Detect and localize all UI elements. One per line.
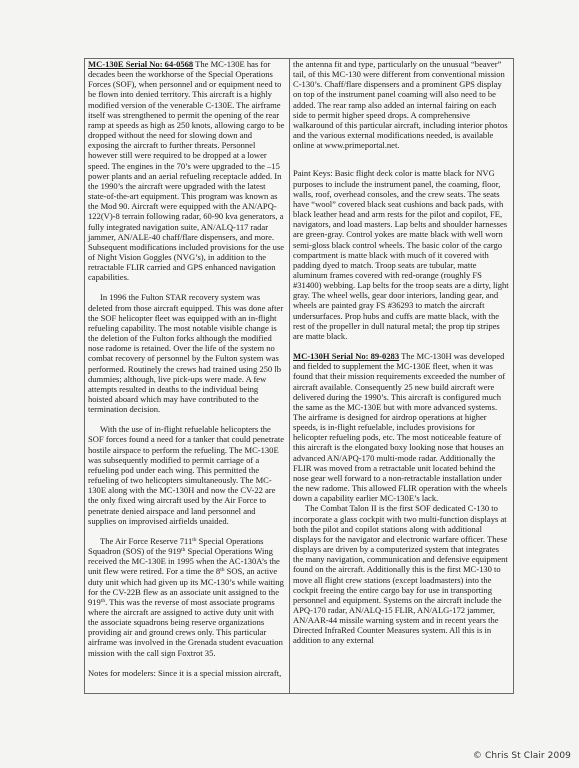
right-column: the antenna fit and type, particularly o… bbox=[290, 59, 513, 693]
modeler-notes-continued: the antenna fit and type, particularly o… bbox=[293, 59, 509, 150]
modeler-notes-paragraph: Notes for modelers: Since it is a specia… bbox=[88, 668, 285, 678]
mc130h-paragraph-intro: MC-130H Serial No: 89-0283 The MC-130H w… bbox=[293, 351, 509, 503]
reserve-text-e: . This was the reverse of most associate… bbox=[88, 597, 283, 658]
tanker-paragraph: With the use of in-flight refuelable hel… bbox=[88, 424, 285, 526]
combat-talon-paragraph: The Combat Talon II is the first SOF ded… bbox=[293, 503, 509, 645]
document-page: MC-130E Serial No: 64-0568 The MC-130E h… bbox=[84, 58, 514, 694]
mc130e-heading: MC-130E Serial No: 64-0568 bbox=[88, 59, 193, 69]
copyright-watermark: © Chris St Clair 2009 bbox=[473, 751, 571, 761]
mc130h-intro-text: The MC-130H was developed and fielded to… bbox=[293, 351, 507, 503]
reserve-text-a: The Air Force Reserve 711 bbox=[100, 536, 192, 546]
reserve-unit-paragraph: The Air Force Reserve 711th Special Oper… bbox=[88, 536, 285, 658]
mc130h-heading: MC-130H Serial No: 89-0283 bbox=[293, 351, 399, 361]
left-column: MC-130E Serial No: 64-0568 The MC-130E h… bbox=[85, 59, 290, 693]
paint-keys-paragraph: Paint Keys: Basic flight deck color is m… bbox=[293, 168, 509, 341]
mc130e-intro-text: The MC-130E has for decades been the wor… bbox=[88, 59, 284, 282]
mc130e-paragraph-intro: MC-130E Serial No: 64-0568 The MC-130E h… bbox=[88, 59, 285, 282]
fulton-star-paragraph: In 1996 the Fulton STAR recovery system … bbox=[88, 292, 285, 414]
